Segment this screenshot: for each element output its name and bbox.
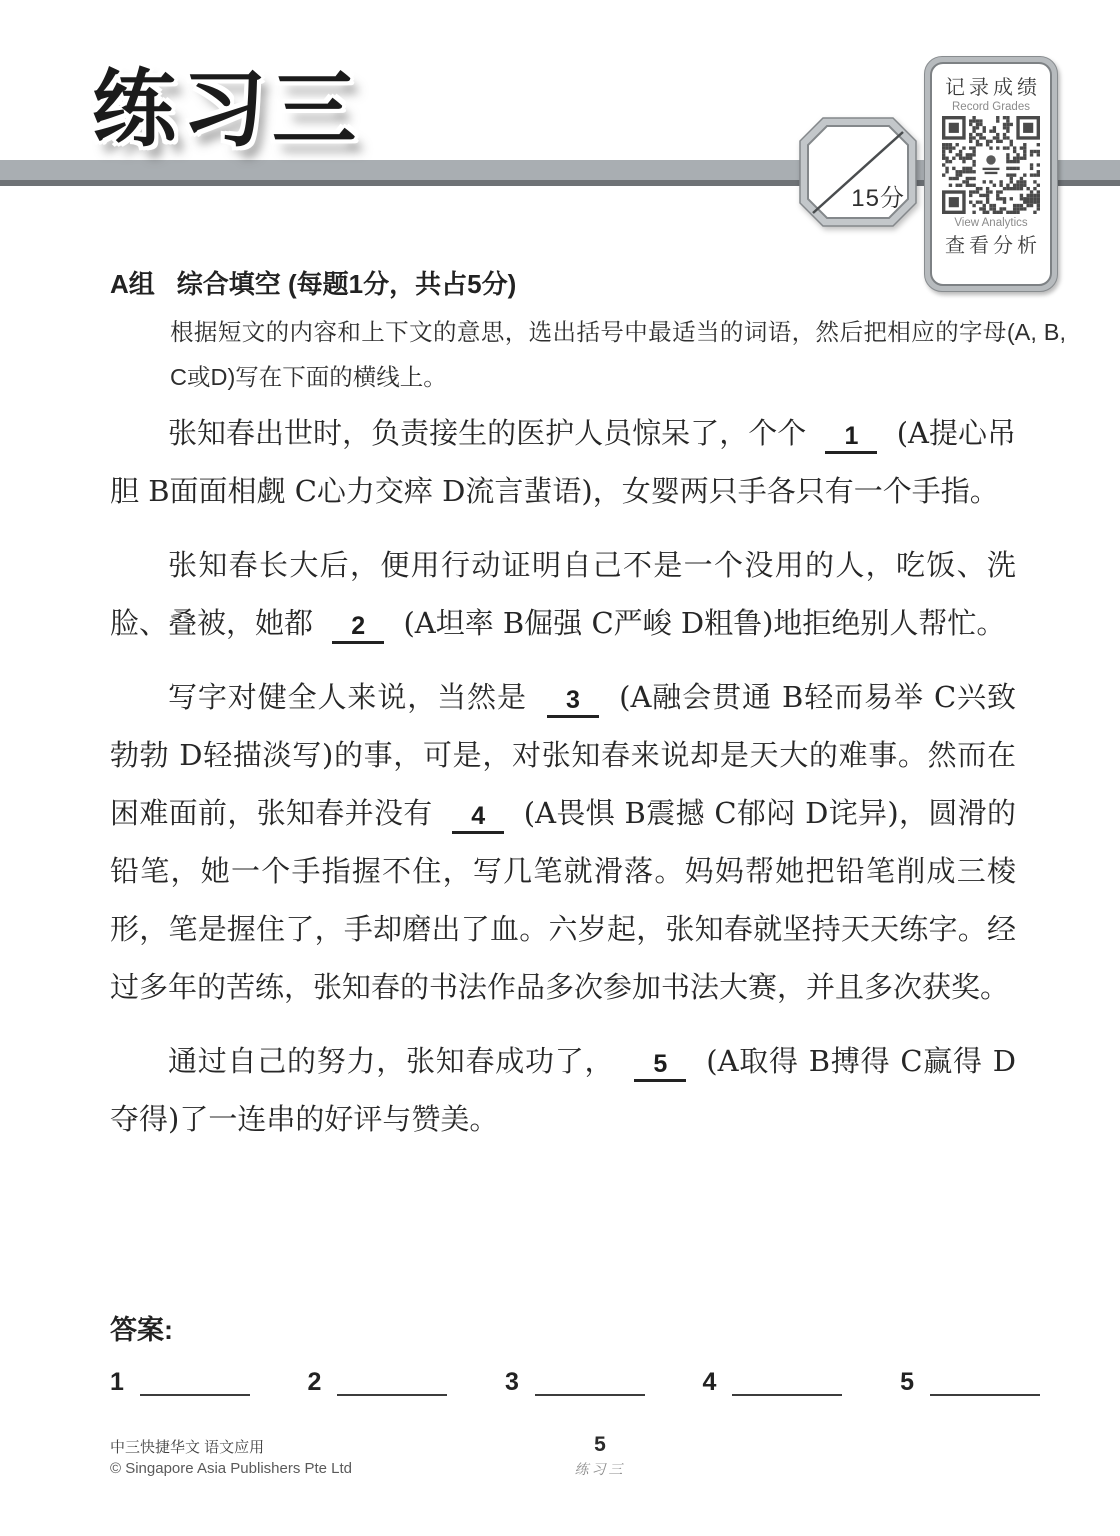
- answer-number: 2: [308, 1368, 322, 1396]
- section-instructions: 根据短文的内容和上下文的意思，选出括号中最适当的词语，然后把相应的字母(A, B…: [170, 310, 1066, 400]
- paragraph-text: 写字对健全人来说，当然是: [168, 680, 527, 714]
- passage-paragraph-2: 张知春长大后，便用行动证明自己不是一个没用的人，吃饭、洗脸、叠被，她都 2 (A…: [110, 536, 1016, 652]
- answer-blank-line-1[interactable]: [140, 1368, 250, 1396]
- inline-blank-1: 1: [825, 421, 877, 454]
- section-label: A组: [110, 269, 155, 299]
- qr-code-icon: [942, 116, 1040, 214]
- answer-blank-line-5[interactable]: [930, 1368, 1040, 1396]
- passage-paragraph-4: 通过自己的努力，张知春成功了， 5 (A取得 B搏得 C赢得 D夺得)了一连串的…: [110, 1032, 1016, 1148]
- section-heading: A组综合填空 (每题1分，共占5分): [110, 264, 516, 301]
- answers-row: 1 2 3 4 5: [110, 1368, 1040, 1396]
- answer-number: 3: [505, 1368, 519, 1396]
- inline-blank-2: 2: [332, 611, 384, 644]
- answer-item-2: 2: [308, 1368, 448, 1396]
- copyright: © Singapore Asia Publishers Pte Ltd: [110, 1458, 352, 1479]
- qr-panel: 记录成绩 Record Grades View Analytics: [924, 56, 1058, 292]
- paragraph-text: (A坦率 B倔强 C严峻 D粗鲁)地拒绝别人帮忙。: [403, 606, 1005, 640]
- answer-blank-line-4[interactable]: [732, 1368, 842, 1396]
- answer-blank-line-3[interactable]: [535, 1368, 645, 1396]
- section-title: 综合填空 (每题1分，共占5分): [177, 269, 516, 299]
- answer-blank-line-2[interactable]: [337, 1368, 447, 1396]
- passage-paragraph-1: 张知春出世时，负责接生的医护人员惊呆了，个个 1 (A提心吊胆 B面面相觑 C心…: [110, 404, 1016, 520]
- qr-caption-zh: 查看分析: [945, 229, 1041, 258]
- answer-number: 4: [703, 1368, 717, 1396]
- answers-heading: 答案:: [110, 1308, 173, 1347]
- qr-title-en: Record Grades: [952, 101, 1030, 113]
- footer-left: 中三快捷华文 语文应用 © Singapore Asia Publishers …: [110, 1437, 352, 1479]
- inline-blank-4: 4: [452, 801, 504, 834]
- footer-center: 5 练习三: [520, 1433, 680, 1479]
- passage: 张知春出世时，负责接生的医护人员惊呆了，个个 1 (A提心吊胆 B面面相觑 C心…: [110, 404, 1016, 1164]
- worksheet-page: 练习三 15分 记录成绩 Record Grades: [0, 0, 1120, 1536]
- paragraph-text: 通过自己的努力，张知春成功了，: [168, 1044, 614, 1078]
- qr-logo-icon: [977, 151, 1004, 178]
- answer-item-3: 3: [505, 1368, 645, 1396]
- qr-caption-en: View Analytics: [954, 217, 1027, 229]
- score-value: 15分: [851, 178, 905, 213]
- page-chapter-label: 练习三: [520, 1459, 680, 1479]
- book-title: 中三快捷华文 语文应用: [110, 1437, 352, 1458]
- inline-blank-5: 5: [634, 1049, 686, 1082]
- page-title: 练习三: [92, 42, 362, 163]
- answer-number: 5: [900, 1368, 914, 1396]
- answer-item-4: 4: [703, 1368, 843, 1396]
- qr-title-zh: 记录成绩: [945, 71, 1041, 100]
- answer-item-5: 5: [900, 1368, 1040, 1396]
- inline-blank-3: 3: [547, 685, 599, 718]
- score-box: 15分: [799, 117, 917, 227]
- answer-number: 1: [110, 1368, 124, 1396]
- page-number: 5: [520, 1433, 680, 1457]
- qr-panel-inner: 记录成绩 Record Grades View Analytics: [930, 62, 1052, 286]
- passage-paragraph-3: 写字对健全人来说，当然是 3 (A融会贯通 B轻而易举 C兴致勃勃 D轻描淡写)…: [110, 668, 1016, 1016]
- paragraph-text: 张知春出世时，负责接生的医护人员惊呆了，个个: [168, 416, 806, 450]
- answer-item-1: 1: [110, 1368, 250, 1396]
